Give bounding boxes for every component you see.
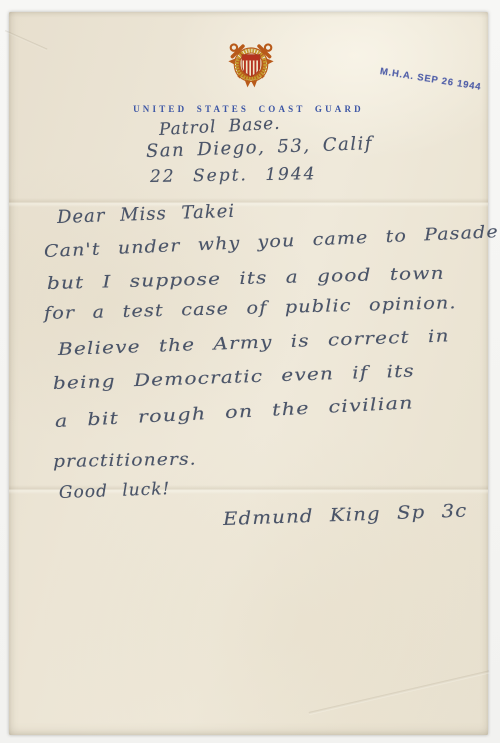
- body-line: Believe the Army is correct in: [58, 326, 450, 360]
- body-line: a bit rough on the civilian: [54, 393, 414, 432]
- corner-crease-bottom-right: [309, 670, 490, 715]
- coast-guard-emblem-icon: [215, 32, 287, 96]
- letterhead-title: UNITED STATES COAST GUARD: [9, 104, 488, 114]
- signature-line: Edmund King Sp 3c: [223, 500, 468, 530]
- closing-line: Good luck!: [59, 479, 171, 503]
- received-date-stamp: M.H.A. SEP 26 1944: [379, 66, 482, 93]
- body-line: for a test case of public opinion.: [44, 293, 457, 324]
- body-line: but I suppose its a good town: [47, 264, 445, 294]
- body-line: being Democratic even if its: [53, 361, 416, 394]
- corner-crease-top-left: [5, 30, 48, 51]
- scan-background: UNITED STATES COAST GUARD M.H.A. SEP 26 …: [0, 0, 500, 743]
- salutation-line: Dear Miss Takei: [57, 201, 236, 228]
- letter-page: UNITED STATES COAST GUARD M.H.A. SEP 26 …: [9, 12, 488, 735]
- body-line: Can't under why you came to Pasadena,: [44, 221, 500, 262]
- heading-line-date: 22 Sept. 1944: [150, 164, 317, 187]
- body-line: practitioners.: [53, 449, 197, 472]
